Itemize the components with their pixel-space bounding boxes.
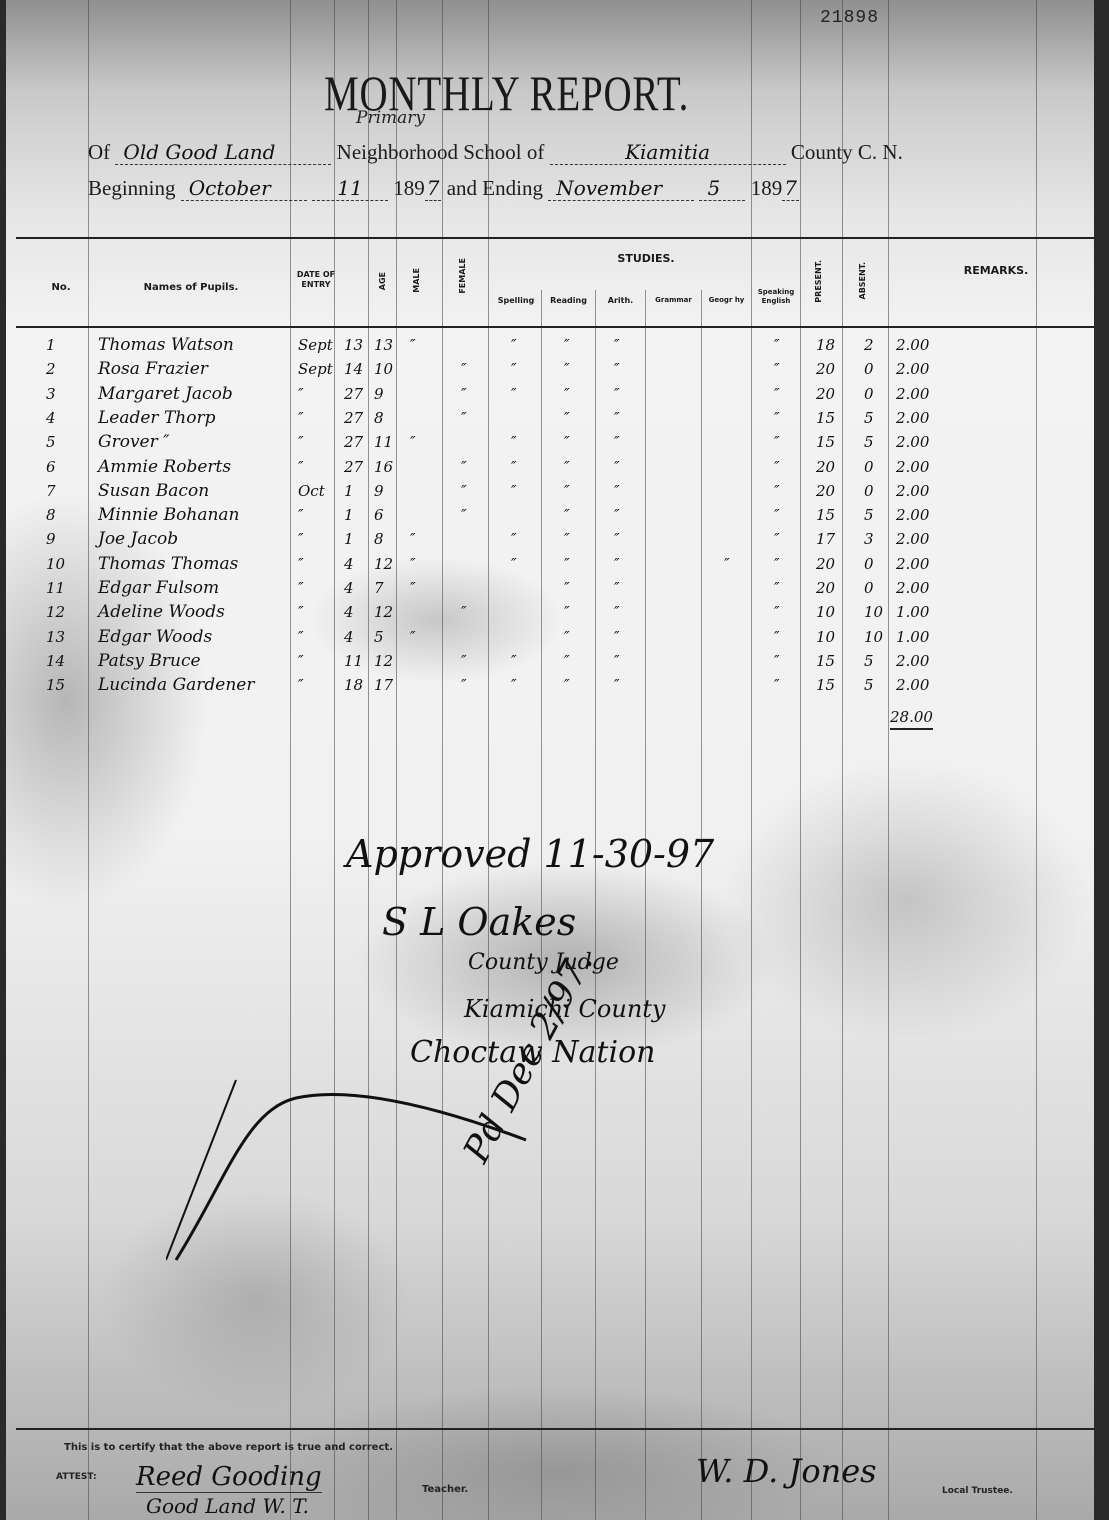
spelling-mark: ″ [511, 358, 517, 380]
beginning-year-prefix: 189 [393, 176, 425, 200]
reading-mark: ″ [564, 480, 570, 502]
school-line: Of Old Good Land Neighborhood School of … [88, 140, 903, 165]
table-row: 3Margaret Jacob″279″″″″″2002.00 [6, 383, 1094, 405]
absent-days: 5 [864, 674, 874, 696]
male-mark: ″ [410, 577, 416, 599]
arith-mark: ″ [614, 383, 620, 405]
present-days: 15 [816, 504, 835, 526]
beginning-day-field: 11 [312, 176, 388, 201]
header-female: FEMALE [458, 258, 467, 294]
entry-month: Sept [298, 334, 333, 356]
arith-mark: ″ [614, 480, 620, 502]
header-geography: Geogr hy [702, 296, 751, 304]
spelling-mark: ″ [511, 650, 517, 672]
header-bottom-rule [16, 326, 1094, 328]
entry-day: 1 [344, 480, 354, 502]
table-row: 11Edgar Fulsom″47″″″″2002.00 [6, 577, 1094, 599]
table-row: 13Edgar Woods″45″″″″10101.00 [6, 626, 1094, 648]
column-rule [800, 0, 801, 1520]
male-mark: ″ [410, 334, 416, 356]
certify-statement: This is to certify that the above report… [64, 1442, 393, 1453]
entry-month: ″ [298, 626, 304, 648]
column-rule [1036, 0, 1037, 1520]
arith-mark: ″ [614, 431, 620, 453]
present-days: 15 [816, 674, 835, 696]
pupil-name: Minnie Bohanan [98, 504, 240, 526]
arith-mark: ″ [614, 407, 620, 429]
english-mark: ″ [774, 480, 780, 502]
present-days: 20 [816, 358, 835, 380]
spelling-mark: ″ [511, 553, 517, 575]
spelling-mark: ″ [511, 528, 517, 550]
ending-year-field: 7 [782, 176, 799, 201]
trustee-label: Local Trustee. [942, 1486, 1013, 1496]
english-mark: ″ [774, 358, 780, 380]
reading-mark: ″ [564, 358, 570, 380]
pupil-name: Leader Thorp [98, 407, 216, 429]
entry-day: 27 [344, 431, 363, 453]
english-mark: ″ [774, 504, 780, 526]
table-row: 2Rosa FrazierSept1410″″″″″2002.00 [6, 358, 1094, 380]
reading-mark: ″ [564, 456, 570, 478]
absent-days: 2 [864, 334, 874, 356]
present-days: 15 [816, 407, 835, 429]
spelling-mark: ″ [511, 480, 517, 502]
remarks-amount: 2.00 [896, 528, 929, 550]
table-row: 1Thomas WatsonSept1313″″″″″1822.00 [6, 334, 1094, 356]
table-row: 15Lucinda Gardener″1817″″″″″1552.00 [6, 674, 1094, 696]
arith-mark: ″ [614, 334, 620, 356]
remarks-amount: 2.00 [896, 358, 929, 380]
pupil-name: Joe Jacob [98, 528, 178, 550]
spelling-mark: ″ [511, 383, 517, 405]
row-number: 8 [46, 504, 56, 526]
present-days: 20 [816, 383, 835, 405]
column-rule [488, 0, 489, 1520]
teacher-label: Teacher. [422, 1484, 468, 1495]
female-mark: ″ [461, 480, 467, 502]
entry-day: 27 [344, 383, 363, 405]
present-days: 20 [816, 456, 835, 478]
english-mark: ″ [774, 553, 780, 575]
approved-date: Approved 11-30-97 [346, 832, 714, 876]
spelling-mark: ″ [511, 456, 517, 478]
header-age: AGE [378, 272, 387, 290]
row-number: 7 [46, 480, 56, 502]
header-top-rule [16, 237, 1094, 239]
english-mark: ″ [774, 601, 780, 623]
header-no: No. [36, 282, 86, 293]
pupil-name: Thomas Thomas [98, 553, 238, 575]
reading-mark: ″ [564, 674, 570, 696]
table-row: 10Thomas Thomas″412″″″″″″2002.00 [6, 553, 1094, 575]
entry-month: ″ [298, 601, 304, 623]
row-number: 3 [46, 383, 56, 405]
remarks-amount: 2.00 [896, 407, 929, 429]
column-rule [290, 0, 291, 1520]
male-mark: ″ [410, 528, 416, 550]
pupil-name: Lucinda Gardener [98, 674, 255, 696]
age: 10 [374, 358, 393, 380]
age: 9 [374, 480, 384, 502]
entry-month: ″ [298, 407, 304, 429]
female-mark: ″ [461, 358, 467, 380]
entry-month: ″ [298, 456, 304, 478]
english-mark: ″ [774, 383, 780, 405]
present-days: 17 [816, 528, 835, 550]
entry-day: 27 [344, 407, 363, 429]
present-days: 18 [816, 334, 835, 356]
reading-mark: ″ [564, 577, 570, 599]
county-label: County C. N. [791, 140, 903, 164]
pupil-name: Thomas Watson [98, 334, 234, 356]
entry-month: ″ [298, 504, 304, 526]
header-grammar: Grammar [646, 296, 701, 304]
entry-day: 14 [344, 358, 363, 380]
column-rule [88, 0, 89, 1520]
arith-mark: ″ [614, 626, 620, 648]
present-days: 20 [816, 480, 835, 502]
absent-days: 5 [864, 650, 874, 672]
table-row: 14Patsy Bruce″1112″″″″″1552.00 [6, 650, 1094, 672]
female-mark: ″ [461, 383, 467, 405]
entry-month: ″ [298, 431, 304, 453]
english-mark: ″ [774, 650, 780, 672]
english-mark: ″ [774, 407, 780, 429]
header-present: PRESENT. [814, 260, 823, 303]
remarks-amount: 1.00 [896, 601, 929, 623]
remarks-total: 28.00 [890, 706, 933, 730]
remarks-amount: 2.00 [896, 480, 929, 502]
row-number: 6 [46, 456, 56, 478]
remarks-amount: 2.00 [896, 456, 929, 478]
attest-label: ATTEST: [56, 1472, 97, 1482]
report-page: 21898 MONTHLY REPORT. Primary Of Old Goo… [6, 0, 1094, 1520]
present-days: 10 [816, 626, 835, 648]
row-number: 14 [46, 650, 65, 672]
reading-mark: ″ [564, 626, 570, 648]
row-number: 11 [46, 577, 65, 599]
age: 8 [374, 528, 384, 550]
age: 8 [374, 407, 384, 429]
ending-label: and Ending [447, 176, 543, 200]
present-days: 20 [816, 577, 835, 599]
age: 13 [374, 334, 393, 356]
age: 9 [374, 383, 384, 405]
pupil-name: Edgar Woods [98, 626, 212, 648]
english-mark: ″ [774, 577, 780, 599]
column-rule [396, 0, 397, 1520]
arith-mark: ″ [614, 358, 620, 380]
absent-days: 0 [864, 480, 874, 502]
female-mark: ″ [461, 504, 467, 526]
school-name-field: Old Good Land [115, 140, 331, 165]
reading-mark: ″ [564, 504, 570, 526]
age: 5 [374, 626, 384, 648]
english-mark: ″ [774, 626, 780, 648]
remarks-amount: 2.00 [896, 553, 929, 575]
pupil-name: Ammie Roberts [98, 456, 231, 478]
female-mark: ″ [461, 601, 467, 623]
reading-mark: ″ [564, 431, 570, 453]
entry-day: 4 [344, 553, 354, 575]
arith-mark: ″ [614, 553, 620, 575]
column-rule [888, 0, 889, 1520]
english-mark: ″ [774, 674, 780, 696]
reading-mark: ″ [564, 334, 570, 356]
row-number: 5 [46, 431, 56, 453]
spelling-mark: ″ [511, 674, 517, 696]
english-mark: ″ [774, 456, 780, 478]
pupil-name: Edgar Fulsom [98, 577, 219, 599]
row-number: 10 [46, 553, 65, 575]
absent-days: 0 [864, 553, 874, 575]
age: 6 [374, 504, 384, 526]
entry-day: 4 [344, 601, 354, 623]
reading-mark: ″ [564, 650, 570, 672]
trustee-signature: W. D. Jones [696, 1452, 877, 1490]
age: 11 [374, 431, 393, 453]
entry-month: ″ [298, 650, 304, 672]
absent-days: 0 [864, 358, 874, 380]
entry-day: 4 [344, 577, 354, 599]
table-row: 6Ammie Roberts″2716″″″″″2002.00 [6, 456, 1094, 478]
age: 12 [374, 650, 393, 672]
age: 17 [374, 674, 393, 696]
header-reading: Reading [542, 296, 595, 305]
remarks-amount: 2.00 [896, 504, 929, 526]
reading-mark: ″ [564, 383, 570, 405]
remarks-amount: 2.00 [896, 334, 929, 356]
period-line: Beginning October 11 1897 and Ending Nov… [88, 176, 799, 201]
pupil-name: Susan Bacon [98, 480, 209, 502]
absent-days: 0 [864, 383, 874, 405]
arith-mark: ″ [614, 504, 620, 526]
entry-month: Oct [298, 480, 325, 502]
row-number: 15 [46, 674, 65, 696]
entry-month: ″ [298, 674, 304, 696]
spelling-mark: ″ [511, 334, 517, 356]
arith-mark: ″ [614, 577, 620, 599]
age: 16 [374, 456, 393, 478]
geography-mark: ″ [724, 553, 730, 575]
judge-signature: S L Oakes [382, 900, 576, 944]
ending-day-field: 5 [699, 176, 745, 201]
absent-days: 5 [864, 407, 874, 429]
entry-day: 13 [344, 334, 363, 356]
row-number: 2 [46, 358, 56, 380]
arith-mark: ″ [614, 601, 620, 623]
row-number: 13 [46, 626, 65, 648]
pupil-name: Rosa Frazier [98, 358, 208, 380]
remarks-amount: 2.00 [896, 383, 929, 405]
header-names: Names of Pupils. [106, 282, 276, 293]
table-row: 9Joe Jacob″18″″″″″1732.00 [6, 528, 1094, 550]
table-row: 7Susan BaconOct19″″″″″2002.00 [6, 480, 1094, 502]
absent-days: 0 [864, 577, 874, 599]
arith-mark: ″ [614, 674, 620, 696]
remarks-amount: 2.00 [896, 650, 929, 672]
spelling-mark: ″ [511, 431, 517, 453]
remarks-amount: 2.00 [896, 674, 929, 696]
female-mark: ″ [461, 407, 467, 429]
pupil-name: Adeline Woods [98, 601, 225, 623]
entry-day: 4 [344, 626, 354, 648]
column-rule [334, 0, 335, 1520]
entry-month: ″ [298, 577, 304, 599]
age: 7 [374, 577, 384, 599]
teacher-signature: Reed Gooding [136, 1462, 322, 1493]
header-speaking-english: Speaking English [752, 288, 800, 306]
present-days: 15 [816, 650, 835, 672]
english-mark: ″ [774, 334, 780, 356]
arith-mark: ″ [614, 528, 620, 550]
entry-day: 18 [344, 674, 363, 696]
entry-month: ″ [298, 528, 304, 550]
female-mark: ″ [461, 650, 467, 672]
table-row: 12Adeline Woods″412″″″″10101.00 [6, 601, 1094, 623]
table-row: 5Grover ″″2711″″″″″1552.00 [6, 431, 1094, 453]
beginning-year-field: 7 [425, 176, 442, 201]
age: 12 [374, 601, 393, 623]
of-label: Of [88, 140, 110, 164]
female-mark: ″ [461, 674, 467, 696]
header-spelling: Spelling [490, 296, 542, 305]
entry-day: 1 [344, 504, 354, 526]
remarks-amount: 2.00 [896, 431, 929, 453]
header-studies: STUDIES. [586, 252, 706, 265]
header-absent: ABSENT. [858, 262, 867, 300]
english-mark: ″ [774, 528, 780, 550]
row-number: 1 [46, 334, 56, 356]
header-arith: Arith. [596, 296, 645, 305]
teacher-sub-signature: Good Land W. T. [146, 1494, 309, 1518]
row-number: 12 [46, 601, 65, 623]
county-name-field: Kiamitia [550, 140, 786, 165]
absent-days: 0 [864, 456, 874, 478]
absent-days: 5 [864, 431, 874, 453]
column-rule [442, 0, 443, 1520]
pupil-name: Margaret Jacob [98, 383, 233, 405]
arith-mark: ″ [614, 456, 620, 478]
header-date-of-entry: DATE OF ENTRY [296, 270, 336, 290]
reading-mark: ″ [564, 553, 570, 575]
reading-mark: ″ [564, 528, 570, 550]
beginning-month-field: October [181, 176, 307, 201]
reading-mark: ″ [564, 407, 570, 429]
absent-days: 10 [864, 601, 883, 623]
entry-day: 27 [344, 456, 363, 478]
entry-month: ″ [298, 383, 304, 405]
age: 12 [374, 553, 393, 575]
absent-days: 10 [864, 626, 883, 648]
header-male: MALE [412, 268, 421, 293]
remarks-amount: 1.00 [896, 626, 929, 648]
column-rule [368, 0, 369, 1520]
entry-month: ″ [298, 553, 304, 575]
neighborhood-label: Neighborhood School of [337, 140, 545, 164]
english-mark: ″ [774, 431, 780, 453]
entry-month: Sept [298, 358, 333, 380]
reading-mark: ″ [564, 601, 570, 623]
entry-day: 11 [344, 650, 363, 672]
column-rule [751, 0, 752, 1520]
column-rule [842, 0, 843, 1520]
present-days: 10 [816, 601, 835, 623]
footer-rule [16, 1428, 1094, 1430]
male-mark: ″ [410, 553, 416, 575]
table-row: 4Leader Thorp″278″″″″1552.00 [6, 407, 1094, 429]
remarks-amount: 2.00 [896, 577, 929, 599]
row-number: 9 [46, 528, 56, 550]
school-type-annotation: Primary [356, 108, 425, 128]
male-mark: ″ [410, 626, 416, 648]
arith-mark: ″ [614, 650, 620, 672]
present-days: 15 [816, 431, 835, 453]
beginning-label: Beginning [88, 176, 176, 200]
ending-month-field: November [548, 176, 694, 201]
row-number: 4 [46, 407, 56, 429]
female-mark: ″ [461, 456, 467, 478]
header-remarks: REMARKS. [926, 264, 1066, 277]
pupil-name: Patsy Bruce [98, 650, 201, 672]
absent-days: 3 [864, 528, 874, 550]
ending-year-prefix: 189 [751, 176, 783, 200]
pupil-name: Grover ″ [98, 431, 170, 453]
absent-days: 5 [864, 504, 874, 526]
male-mark: ″ [410, 431, 416, 453]
present-days: 20 [816, 553, 835, 575]
entry-day: 1 [344, 528, 354, 550]
document-number: 21898 [820, 8, 879, 28]
table-row: 8Minnie Bohanan″16″″″″1552.00 [6, 504, 1094, 526]
